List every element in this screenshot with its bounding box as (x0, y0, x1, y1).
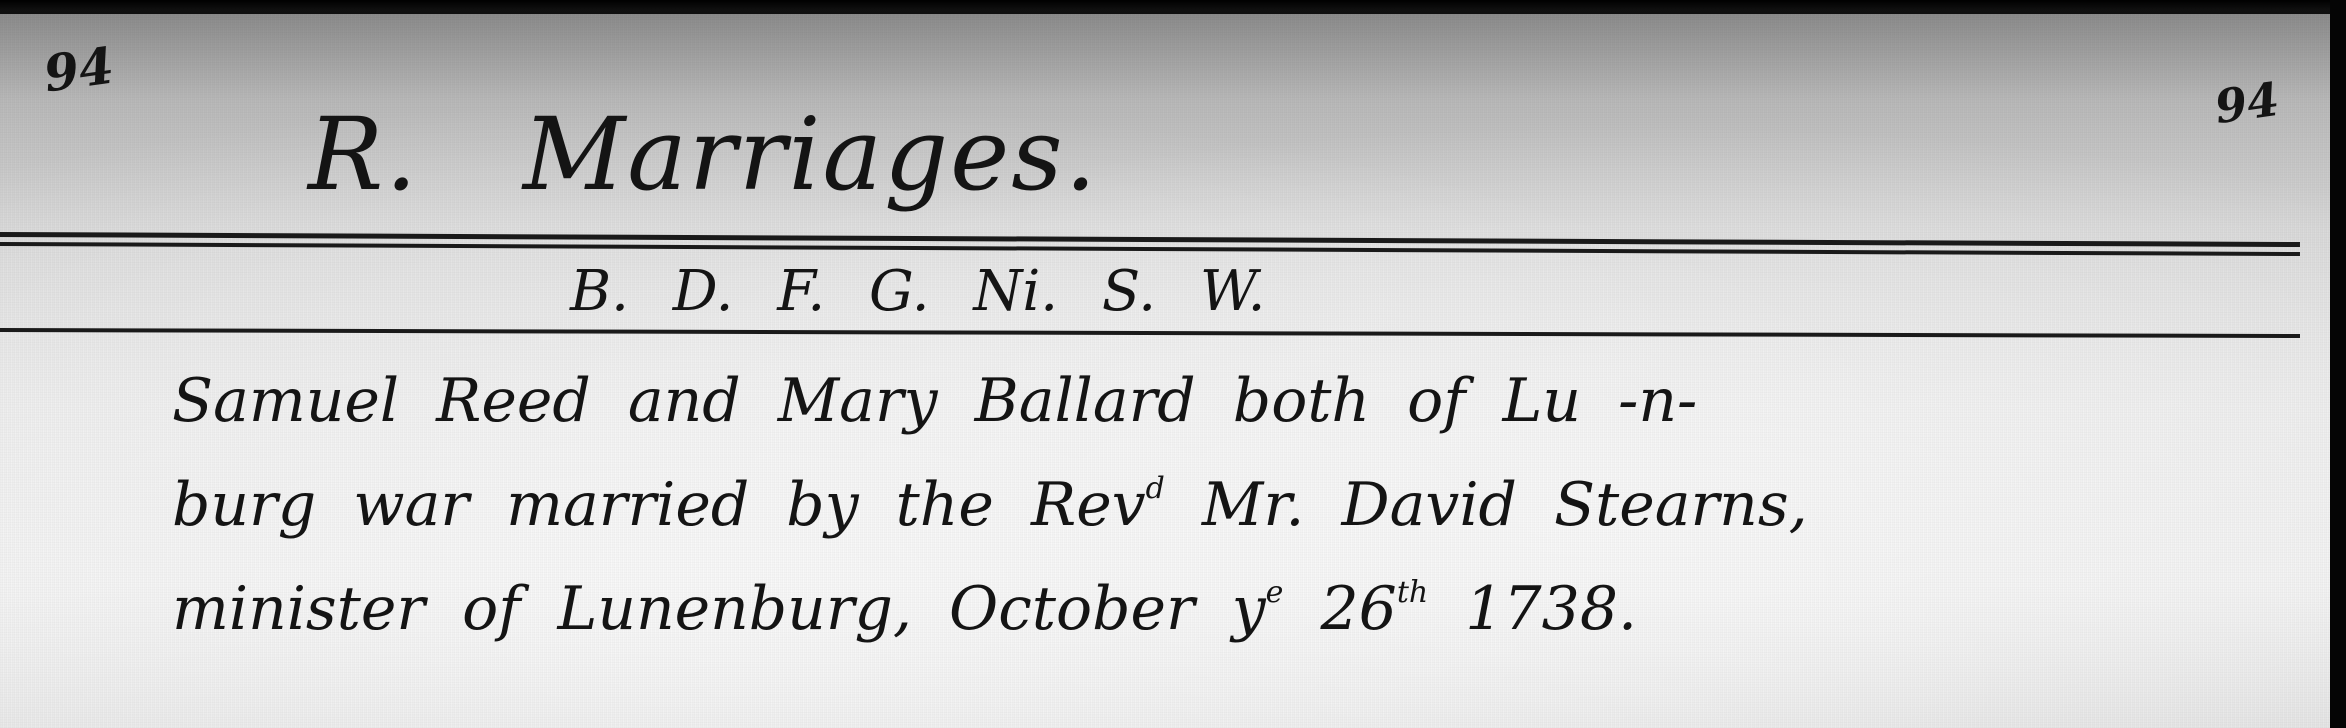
letter-index-subheader: B. D. F. G. Ni. S. W. (570, 259, 1265, 324)
entry-line-2-superscript: d (1146, 471, 1165, 506)
page-number-left: 94 (40, 35, 117, 103)
entry-line-3-text-a: minister of Lunenburg, October y (172, 574, 1266, 644)
ledger-page: 94 94 R. Marriages. B. D. F. G. Ni. S. W… (0, 14, 2330, 728)
entry-line-3: minister of Lunenburg, October ye 26th 1… (172, 574, 1637, 644)
entry-line-2-text-b: Mr. David Stearns, (1165, 470, 1808, 540)
title-letter: R. (308, 96, 419, 213)
entry-line-1-text: Samuel Reed and Mary Ballard both of Lu … (172, 366, 1697, 436)
page-title: R. Marriages. (308, 96, 1098, 213)
title-heading: Marriages. (523, 96, 1099, 213)
entry-line-3-text-b: 26 (1283, 574, 1396, 644)
entry-line-3-superscript-e: e (1266, 575, 1284, 610)
page-number-right: 94 (2212, 72, 2283, 134)
entry-line-3-text-c: 1738. (1428, 574, 1637, 644)
entry-line-3-superscript-th: th (1397, 575, 1428, 610)
subheader-rule (0, 328, 2300, 338)
entry-line-2-text-a: burg war married by the Rev (172, 470, 1146, 540)
entry-line-2: burg war married by the Revd Mr. David S… (172, 470, 1808, 540)
scan-right-border (2330, 0, 2346, 728)
entry-line-1: Samuel Reed and Mary Ballard both of Lu … (172, 366, 1697, 436)
